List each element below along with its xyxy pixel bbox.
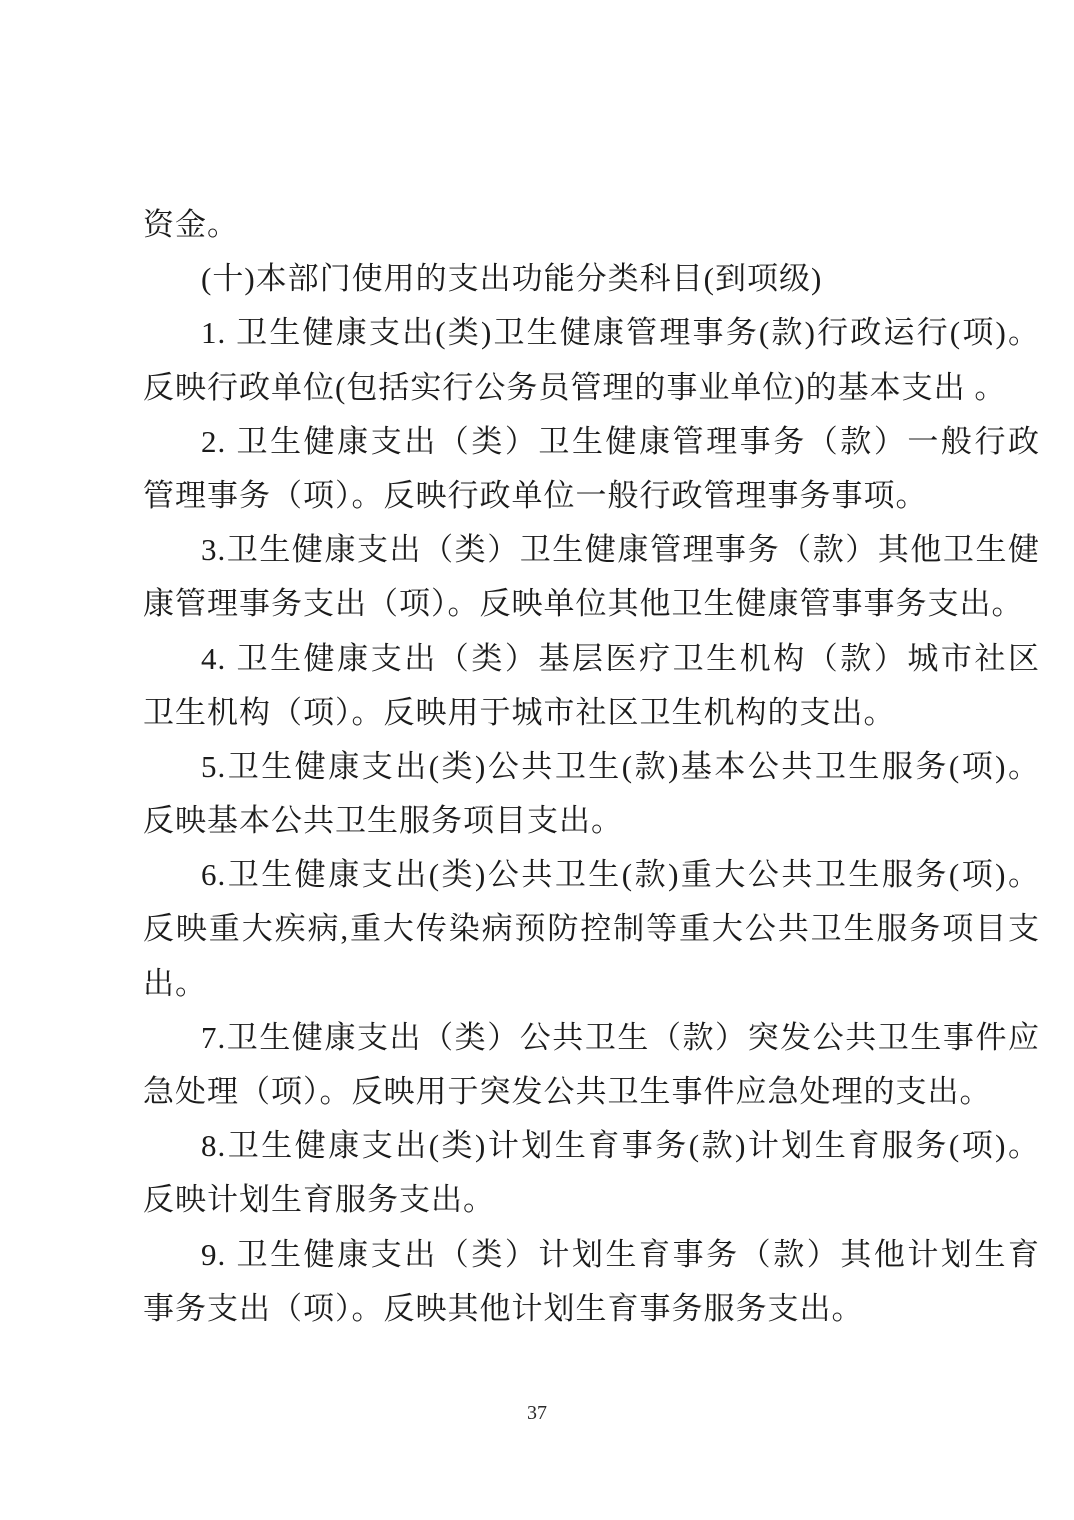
text-line: 康管理事务支出（项）。反映单位其他卫生健康管事事务支出。 xyxy=(143,577,1040,631)
text-line: 反映行政单位(包括实行公务员管理的事业单位)的基本支出 。 xyxy=(143,361,1040,415)
text-line: 3.卫生健康支出（类）卫生健康管理事务（款）其他卫生健 xyxy=(143,523,1040,577)
text-line: 管理事务（项）。反映行政单位一般行政管理事务事项。 xyxy=(143,469,1040,523)
text-line: 9. 卫生健康支出（类）计划生育事务（款）其他计划生育 xyxy=(143,1228,1040,1282)
section-heading-line: (十)本部门使用的支出功能分类科目(到项级) xyxy=(143,252,1040,306)
text-line: 资金。 xyxy=(143,198,1040,252)
text-line: 1. 卫生健康支出(类)卫生健康管理事务(款)行政运行(项)。 xyxy=(143,306,1040,360)
text-line: 事务支出（项）。反映其他计划生育事务服务支出。 xyxy=(143,1282,1040,1336)
document-page: 资金。 (十)本部门使用的支出功能分类科目(到项级) 1. 卫生健康支出(类)卫… xyxy=(0,0,1074,1520)
text-line: 卫生机构（项）。反映用于城市社区卫生机构的支出。 xyxy=(143,686,1040,740)
text-line: 8.卫生健康支出(类)计划生育事务(款)计划生育服务(项)。 xyxy=(143,1119,1040,1173)
text-line: 反映重大疾病,重大传染病预防控制等重大公共卫生服务项目支 xyxy=(143,902,1040,956)
text-line: 急处理（项）。反映用于突发公共卫生事件应急处理的支出。 xyxy=(143,1065,1040,1119)
page-number: 37 xyxy=(0,1400,1074,1426)
text-line: 4. 卫生健康支出（类）基层医疗卫生机构（款）城市社区 xyxy=(143,632,1040,686)
text-line: 出。 xyxy=(143,957,1040,1011)
text-block: 资金。 (十)本部门使用的支出功能分类科目(到项级) 1. 卫生健康支出(类)卫… xyxy=(143,198,1040,1336)
text-line: 2. 卫生健康支出（类）卫生健康管理事务（款）一般行政 xyxy=(143,415,1040,469)
text-line: 7.卫生健康支出（类）公共卫生（款）突发公共卫生事件应 xyxy=(143,1011,1040,1065)
text-line: 5.卫生健康支出(类)公共卫生(款)基本公共卫生服务(项)。 xyxy=(143,740,1040,794)
text-line: 反映计划生育服务支出。 xyxy=(143,1173,1040,1227)
text-line: 6.卫生健康支出(类)公共卫生(款)重大公共卫生服务(项)。 xyxy=(143,848,1040,902)
text-line: 反映基本公共卫生服务项目支出。 xyxy=(143,794,1040,848)
